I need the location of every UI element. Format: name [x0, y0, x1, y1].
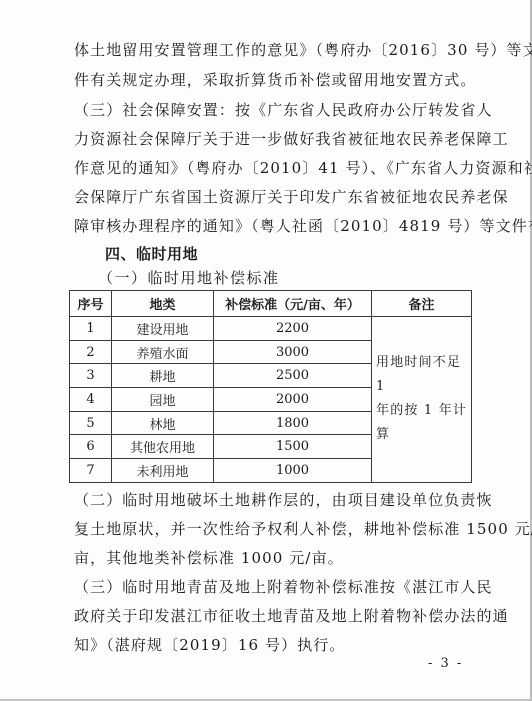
page-number: - 3 - [428, 656, 463, 671]
compensation-table: 序号 地类 补偿标准（元/亩、年） 备注 1 建设用地 2200 用地时间不足 … [69, 290, 472, 483]
cell-serial-no: 1 [70, 317, 112, 341]
cell-serial-no: 2 [70, 340, 112, 364]
cell-serial-no: 4 [70, 388, 112, 412]
section-heading: 四、临时用地 [105, 244, 198, 264]
header-remarks: 备注 [372, 291, 472, 317]
body-text-line: 力资源社会保障厅关于进一步做好我省被征地农民养老保障工 [74, 129, 466, 149]
cell-land-type: 其他农用地 [112, 435, 214, 459]
body-text-line: 体土地留用安置管理工作的意见》（粤府办〔2016〕30 号）等文 [74, 40, 466, 60]
cell-land-type: 耕地 [112, 364, 214, 388]
cell-land-type: 未利用地 [112, 459, 214, 483]
subsection-heading: （一）临时用地补偿标准 [98, 268, 280, 288]
cell-compensation-standard: 2000 [214, 388, 372, 412]
header-land-type: 地类 [112, 291, 214, 317]
header-serial-no: 序号 [70, 291, 112, 317]
cell-land-type: 园地 [112, 388, 214, 412]
header-compensation-standard: 补偿标准（元/亩、年） [214, 291, 372, 317]
cell-serial-no: 3 [70, 364, 112, 388]
cell-remarks: 用地时间不足 1 年的按 1 年计算 [372, 317, 472, 483]
body-text-line: 复土地原状，并一次性给予权利人补偿，耕地补偿标准 1500 元/ [74, 519, 466, 539]
table-row: 1 建设用地 2200 用地时间不足 1 年的按 1 年计算 [70, 317, 472, 341]
cell-serial-no: 5 [70, 411, 112, 435]
body-text-line: （二）临时用地破坏土地耕作层的，由项目建设单位负责恢 [74, 490, 466, 510]
cell-compensation-standard: 1500 [214, 435, 372, 459]
cell-compensation-standard: 3000 [214, 340, 372, 364]
body-text-line: 知》（湛府规〔2019〕16 号）执行。 [74, 635, 466, 655]
cell-serial-no: 6 [70, 435, 112, 459]
cell-land-type: 养殖水面 [112, 340, 214, 364]
cell-land-type: 建设用地 [112, 317, 214, 341]
remark-line: 年的按 1 年计算 [376, 399, 471, 447]
remark-line: 用地时间不足 1 [376, 351, 471, 399]
body-text-line: 会保障厅广东省国土资源厅关于印发广东省被征地农民养老保 [74, 187, 466, 207]
document-page: 体土地留用安置管理工作的意见》（粤府办〔2016〕30 号）等文 件有关规定办理… [0, 0, 532, 701]
body-text-line: 政府关于印发湛江市征收土地青苗及地上附着物补偿办法的通 [74, 606, 466, 626]
cell-compensation-standard: 2500 [214, 364, 372, 388]
body-text-line: 障审核办理程序的通知》（粤人社函〔2010〕4819 号）等文件有 [74, 216, 466, 236]
body-text-line: （三）临时用地青苗及地上附着物补偿标准按《湛江市人民 [74, 577, 466, 597]
cell-compensation-standard: 1000 [214, 459, 372, 483]
cell-serial-no: 7 [70, 459, 112, 483]
table-header-row: 序号 地类 补偿标准（元/亩、年） 备注 [70, 291, 472, 317]
body-text-line: 作意见的通知》（粤府办〔2010〕41 号）、《广东省人力资源和社 [74, 158, 466, 178]
cell-land-type: 林地 [112, 411, 214, 435]
cell-compensation-standard: 2200 [214, 317, 372, 341]
cell-compensation-standard: 1800 [214, 411, 372, 435]
body-text-line: 件有关规定办理，采取折算货币补偿或留用地安置方式。 [74, 70, 466, 90]
body-text-line: 亩，其他地类补偿标准 1000 元/亩。 [74, 548, 466, 568]
body-text-line: （三）社会保障安置：按《广东省人民政府办公厅转发省人 [74, 100, 466, 120]
